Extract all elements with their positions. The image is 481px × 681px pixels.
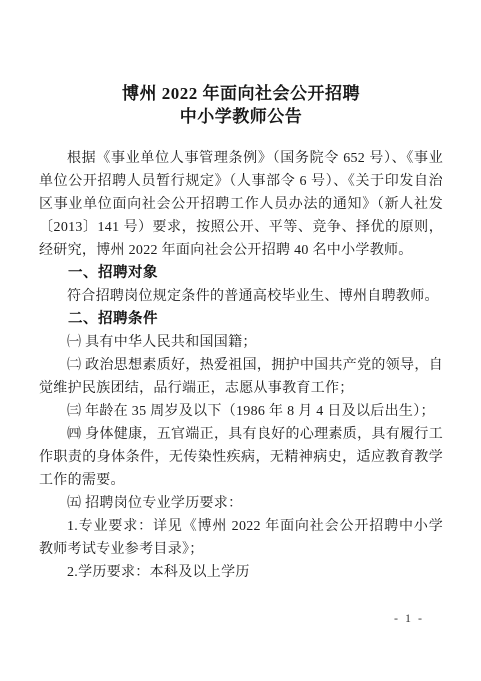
intro-paragraph: 根据《事业单位人事管理条例》（国务院令 652 号）、《事业单位公开招聘人员暂行… xyxy=(39,147,443,262)
section-heading-recruitment-target: 一、招聘对象 xyxy=(39,262,443,285)
recruitment-target-body: 符合招聘岗位规定条件的普通高校毕业生、博州自聘教师。 xyxy=(39,285,443,308)
page-number: - 1 - xyxy=(383,611,435,626)
condition-item-2: ㈡ 政治思想素质好，热爱祖国，拥护中国共产党的领导，自觉维护民族团结，品行端正，… xyxy=(39,354,443,400)
document-page: 博州 2022 年面向社会公开招聘 中小学教师公告 根据《事业单位人事管理条例》… xyxy=(0,0,481,681)
document-title: 博州 2022 年面向社会公开招聘 中小学教师公告 xyxy=(39,82,443,128)
condition-item-5: ㈤ 招聘岗位专业学历要求： xyxy=(39,492,443,515)
document-title-line1: 博州 2022 年面向社会公开招聘 xyxy=(39,82,443,105)
condition-item-1: ㈠ 具有中华人民共和国国籍； xyxy=(39,331,443,354)
condition-item-3: ㈢ 年龄在 35 周岁及以下（1986 年 8 月 4 日及以后出生）； xyxy=(39,400,443,423)
document-title-line2: 中小学教师公告 xyxy=(39,105,443,128)
document-body: 根据《事业单位人事管理条例》（国务院令 652 号）、《事业单位公开招聘人员暂行… xyxy=(39,147,443,584)
condition-item-4: ㈣ 身体健康，五官端正，具有良好的心理素质，具有履行工作职责的身体条件，无传染性… xyxy=(39,423,443,492)
requirement-degree: 2.学历要求：本科及以上学历 xyxy=(39,561,443,584)
requirement-major: 1.专业要求：详见《博州 2022 年面向社会公开招聘中小学教师考试专业参考目录… xyxy=(39,515,443,561)
section-heading-recruitment-conditions: 二、招聘条件 xyxy=(39,308,443,331)
